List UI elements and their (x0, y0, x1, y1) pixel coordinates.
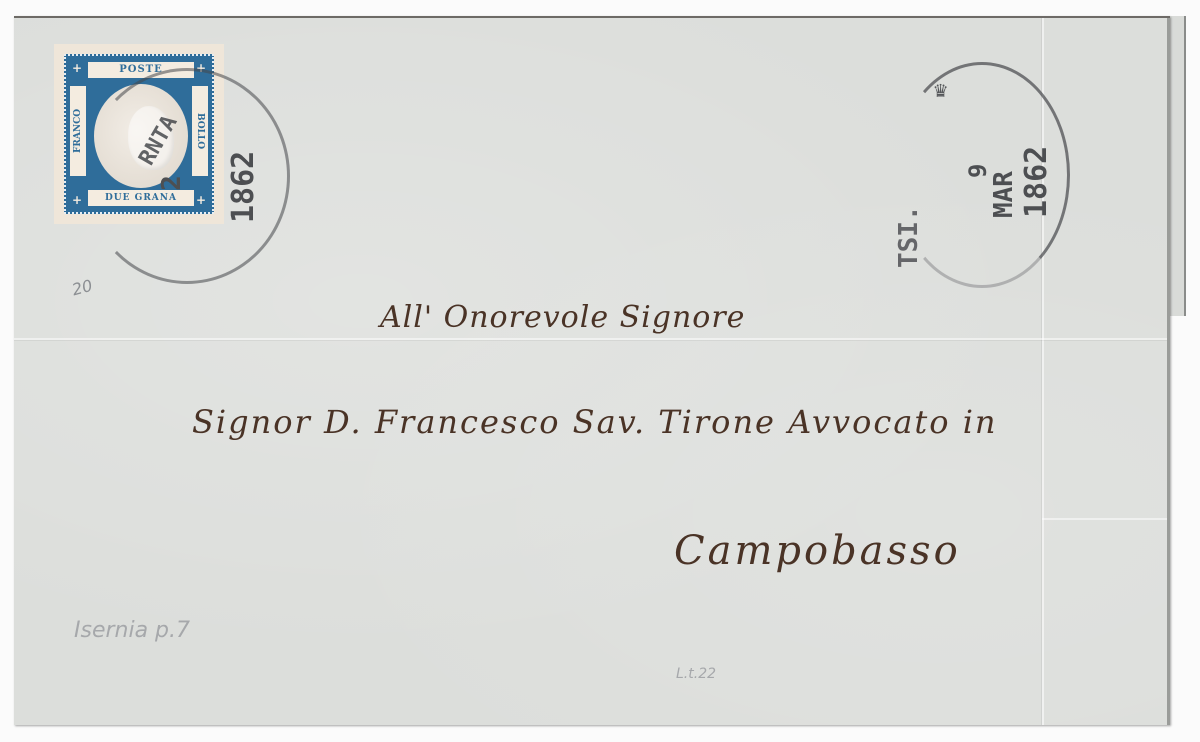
address-line-1: All' Onorevole Signore (380, 300, 745, 335)
fold-line-horizontal (14, 338, 1170, 340)
stamp-left-label: FRANCO (70, 86, 86, 176)
cover-edge (1167, 18, 1170, 725)
cross-icon: + (70, 193, 84, 207)
crown-icon: ♛ (934, 78, 947, 103)
pencil-note-bottom-left: Isernia p.7 (74, 618, 190, 643)
pencil-note-top-left: 20 (70, 276, 95, 300)
postmark-right-town: TSI. (894, 205, 924, 268)
fold-line-horizontal-right (1042, 518, 1170, 520)
address-line-2: Signor D. Francesco Sav. Tirone Avvocato… (192, 403, 998, 441)
postmark-right-year: 1862 (1019, 146, 1054, 218)
address-line-3: Campobasso (674, 528, 961, 574)
postmark-left-year: 1862 (226, 151, 261, 223)
postmark-right-day: 9 (964, 164, 992, 178)
postmark-right-month: MAR (989, 171, 1019, 218)
cross-icon: + (70, 61, 84, 75)
postmark-left-day: 2 (157, 175, 187, 191)
postal-cover: + + + + POSTE FRANCO BOLLO DUE GRANA RNT… (14, 16, 1170, 725)
pencil-note-bottom-center: L.t.22 (676, 666, 716, 682)
